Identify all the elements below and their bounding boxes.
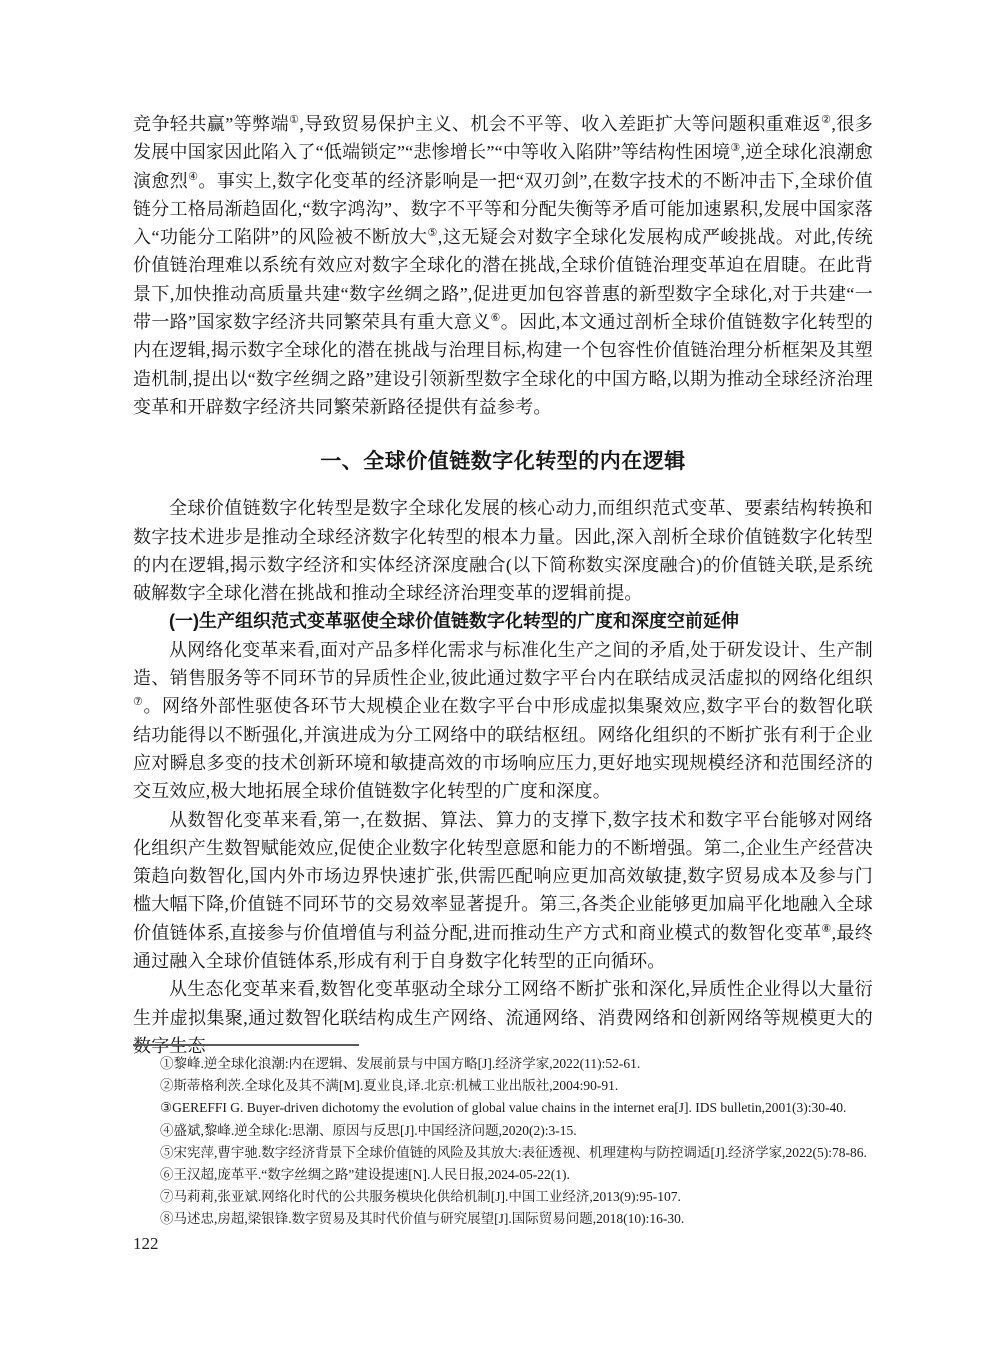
footnote-ref: ② xyxy=(821,114,831,126)
paragraph: 从网络化变革来看,面对产品多样化需求与标准化生产之间的矛盾,处于研发设计、生产制… xyxy=(133,636,873,806)
text-run: 竞争轻共赢”等弊端 xyxy=(133,114,289,134)
article-body: 竞争轻共赢”等弊端①,导致贸易保护主义、机会不平等、收入差距扩大等问题积重难返②… xyxy=(133,110,873,1060)
footnote-item: ④盛斌,黎峰.逆全球化:思潮、原因与反思[J].中国经济问题,2020(2):3… xyxy=(133,1120,878,1142)
footnote-ref: ⑧ xyxy=(821,923,831,935)
footnote-item: ⑤宋宪萍,曹宇驰.数字经济背景下全球价值链的风险及其放大:表征透视、机理建构与防… xyxy=(133,1142,878,1164)
text-run: 从网络化变革来看,面对产品多样化需求与标准化生产之间的矛盾,处于研发设计、生产制… xyxy=(133,640,873,688)
footnote-item: ③GEREFFI G. Buyer-driven dichotomy the e… xyxy=(133,1097,878,1119)
document-page: 竞争轻共赢”等弊端①,导致贸易保护主义、机会不平等、收入差距扩大等问题积重难返②… xyxy=(0,0,1000,1347)
page-number: 122 xyxy=(133,1234,159,1254)
section-heading: 一、全球价值链数字化转型的内在逻辑 xyxy=(133,445,873,475)
footnote-item: ⑧马述忠,房超,梁银锋.数字贸易及其时代价值与研究展望[J].国际贸易问题,20… xyxy=(133,1208,878,1230)
footnote-ref: ⑥ xyxy=(491,312,501,324)
footnote-list: ①黎峰.逆全球化浪潮:内在逻辑、发展前景与中国方略[J].经济学家,2022(1… xyxy=(133,1053,878,1231)
footnote-ref: ⑦ xyxy=(133,696,143,708)
footnote-item: ⑥王汉超,庞革平.“数字丝绸之路”建设提速[N].人民日报,2024-05-22… xyxy=(133,1164,878,1186)
footnote-separator xyxy=(133,1044,359,1046)
text-run: 全球价值链数字化转型是数字全球化发展的核心动力,而组织范式变革、要素结构转换和数… xyxy=(133,498,873,603)
subsection-heading: (一)生产组织范式变革驱使全球价值链数字化转型的广度和深度空前延伸 xyxy=(133,607,873,635)
text-run: 从数智化变革来看,第一,在数据、算法、算力的支撑下,数字技术和数字平台能够对网络… xyxy=(133,810,873,943)
paragraph: 从数智化变革来看,第一,在数据、算法、算力的支撑下,数字技术和数字平台能够对网络… xyxy=(133,806,873,976)
footnote-ref: ⑤ xyxy=(427,227,437,239)
paragraph: 竞争轻共赢”等弊端①,导致贸易保护主义、机会不平等、收入差距扩大等问题积重难返②… xyxy=(133,110,873,421)
text-run: 。网络外部性驱使各环节大规模企业在数字平台中形成虚拟集聚效应,数字平台的数智化联… xyxy=(133,696,873,801)
footnote-item: ②斯蒂格利茨.全球化及其不满[M].夏业良,译.北京:机械工业出版社,2004:… xyxy=(133,1075,878,1097)
text-run: ,导致贸易保护主义、机会不平等、收入差距扩大等问题积重难返 xyxy=(299,114,821,134)
footnote-ref: ① xyxy=(289,114,299,126)
footnote-item: ⑦马莉莉,张亚斌.网络化时代的公共服务模块化供给机制[J].中国工业经济,201… xyxy=(133,1186,878,1208)
paragraph: 全球价值链数字化转型是数字全球化发展的核心动力,而组织范式变革、要素结构转换和数… xyxy=(133,494,873,607)
footnote-ref: ③ xyxy=(730,142,740,154)
footnote-item: ①黎峰.逆全球化浪潮:内在逻辑、发展前景与中国方略[J].经济学家,2022(1… xyxy=(133,1053,878,1075)
footnote-ref: ④ xyxy=(188,171,198,183)
footnotes-section: ①黎峰.逆全球化浪潮:内在逻辑、发展前景与中国方略[J].经济学家,2022(1… xyxy=(133,1044,878,1231)
